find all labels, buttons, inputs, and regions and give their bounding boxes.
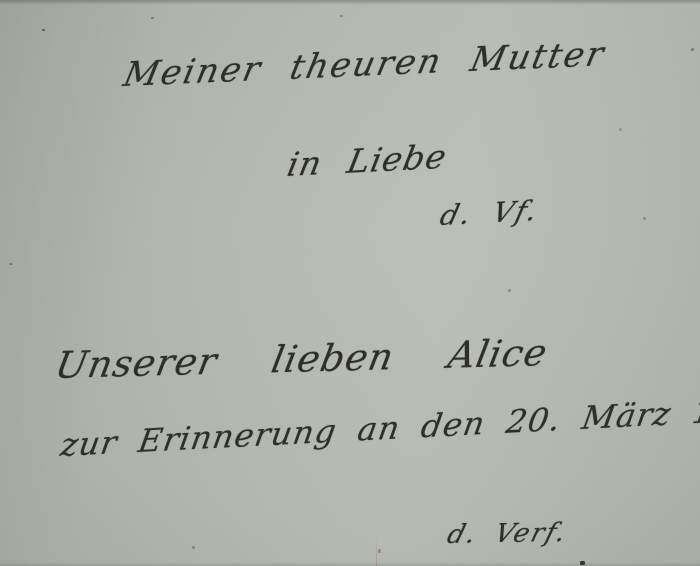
dedication-top-signature: d. Vf. [437,194,542,232]
paper-speck-dark [580,561,585,565]
dedication-bottom-signature: d. Verf. [444,518,571,550]
dedication-bottom-line-1: Unserer lieben Alice [52,331,551,387]
paper-speck [508,289,511,292]
paper-speck [42,29,45,31]
dedication-top-line-2: in Liebe [284,137,450,184]
handwritten-dedication-page-photo: Meiner theuren Mutter in Liebe d. Vf. Un… [0,0,700,566]
paper-speck [192,546,195,549]
paper-speck [619,128,622,131]
paper-speck [691,48,694,51]
dedication-top-line-1: Meiner theuren Mutter [120,34,609,95]
paper-speck [643,217,646,220]
paper-speck-red [378,549,381,553]
paper-crease [376,536,377,566]
paper-speck [340,15,343,17]
paper-speck [9,263,13,265]
paper-speck [151,17,154,19]
dedication-bottom-line-2: zur Erinnerung an den 20. März 1904 [58,389,700,464]
